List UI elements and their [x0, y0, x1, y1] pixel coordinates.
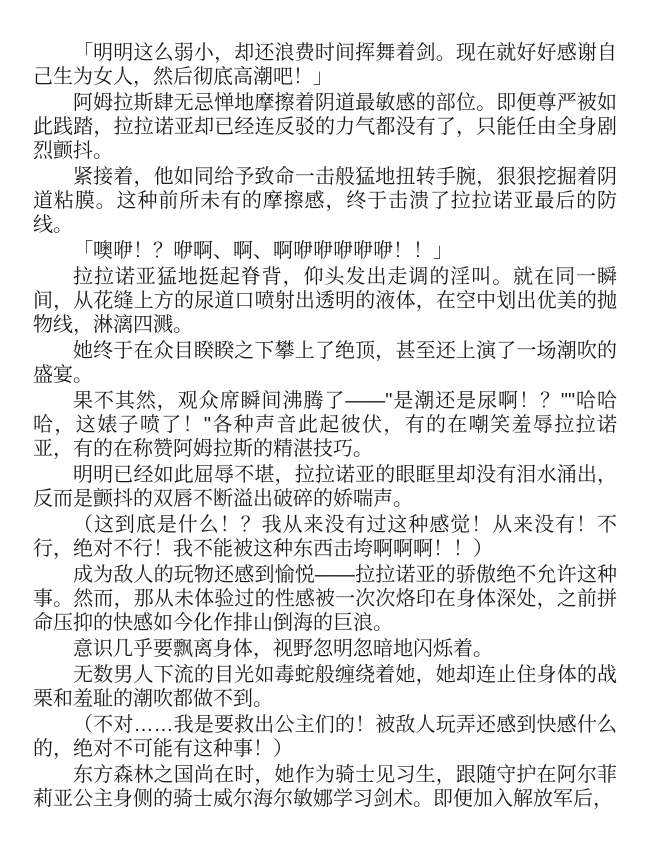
page-text: 「明明这么弱小，却还浪费时间挥舞着剑。现在就好好感谢自己生为女人，然后彻底高潮吧… [33, 41, 617, 811]
paragraph: 果不其然，观众席瞬间沸腾了——"是潮还是尿啊！？""哈哈哈，这婊子喷了！"各种声… [33, 389, 617, 461]
paragraph: 「明明这么弱小，却还浪费时间挥舞着剑。现在就好好感谢自己生为女人，然后彻底高潮吧… [33, 41, 617, 89]
novel-page: 「明明这么弱小，却还浪费时间挥舞着剑。现在就好好感谢自己生为女人，然后彻底高潮吧… [0, 0, 650, 850]
paragraph: 拉拉诺亚猛地挺起脊背，仰头发出走调的淫叫。就在同一瞬间，从花缝上方的尿道口喷射出… [33, 265, 617, 337]
paragraph: 明明已经如此屈辱不堪，拉拉诺亚的眼眶里却没有泪水涌出，反而是颤抖的双唇不断溢出破… [33, 463, 617, 511]
paragraph: 意识几乎要飘离身体，视野忽明忽暗地闪烁着。 [33, 637, 617, 661]
paragraph: （这到底是什么！？我从来没有过这种感觉！从来没有！不行，绝对不行！我不能被这种东… [33, 513, 617, 561]
paragraph: 紧接着，他如同给予致命一击般猛地扭转手腕，狠狠挖掘着阴道粘膜。这种前所未有的摩擦… [33, 165, 617, 237]
paragraph: 她终于在众目睽睽之下攀上了绝顶，甚至还上演了一场潮吹的盛宴。 [33, 339, 617, 387]
paragraph: 阿姆拉斯肆无忌惮地摩擦着阴道最敏感的部位。即便尊严被如此践踏，拉拉诺亚却已经连反… [33, 91, 617, 163]
paragraph: 「噢咿！？咿啊、啊、啊咿咿咿咿咿！！」 [33, 239, 617, 263]
paragraph: 无数男人下流的目光如毒蛇般缠绕着她，她却连止住身体的战栗和羞耻的潮吹都做不到。 [33, 663, 617, 711]
paragraph: （不对……我是要救出公主们的！被敌人玩弄还感到快感什么的，绝对不可能有这种事！） [33, 713, 617, 761]
paragraph: 东方森林之国尚在时，她作为骑士见习生，跟随守护在阿尔菲莉亚公主身侧的骑士威尔海尔… [33, 763, 617, 811]
paragraph: 成为敌人的玩物还感到愉悦——拉拉诺亚的骄傲绝不允许这种事。然而，那从未体验过的性… [33, 563, 617, 635]
